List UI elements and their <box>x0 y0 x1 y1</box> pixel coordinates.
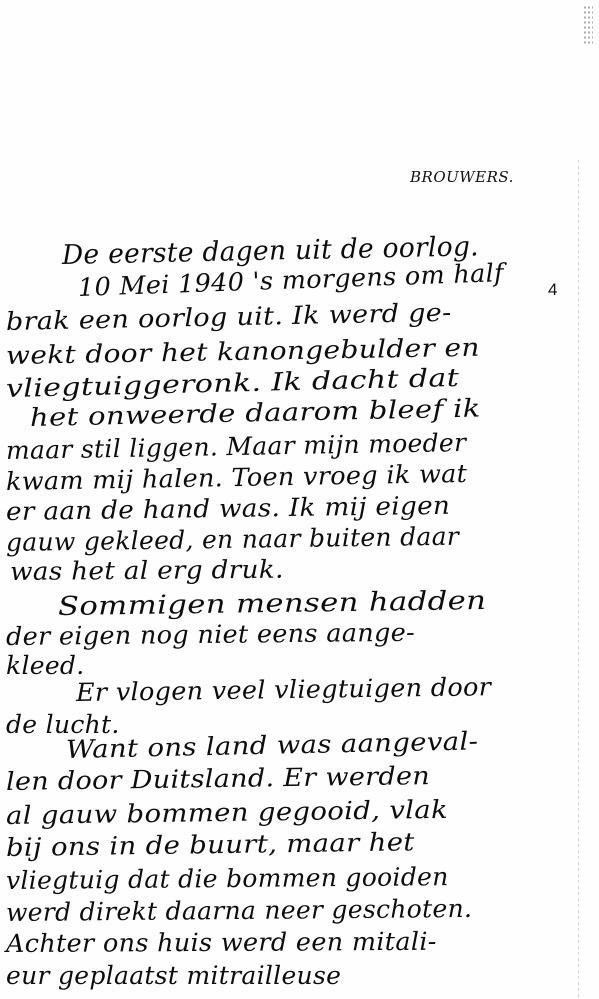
author-signature: BROUWERS. <box>410 168 514 186</box>
handwritten-line: bij ons in de buurt, maar het <box>6 827 415 862</box>
handwritten-line: Sommigen mensen hadden <box>58 586 487 622</box>
handwritten-line: kleed. <box>6 651 85 680</box>
scan-noise <box>583 5 593 45</box>
handwritten-line: vliegtuig dat die bommen gooiden <box>6 862 449 895</box>
handwritten-line: al gauw bommen gegooid, vlak <box>6 795 448 830</box>
handwritten-line: was het al erg druk. <box>10 555 284 586</box>
page-marker: 4 <box>548 280 557 300</box>
handwritten-line: brak een oorlog uit. Ik werd ge- <box>6 298 452 336</box>
handwritten-line: werd direkt daarna neer geschoten. <box>6 894 472 927</box>
scanned-page: BROUWERS. 4 De eerste dagen uit de oorlo… <box>0 0 599 999</box>
handwritten-line: der eigen nog niet eens aange- <box>6 618 415 651</box>
page-edge-line <box>578 160 579 999</box>
handwritten-line: er aan de hand was. Ik mij eigen <box>6 491 451 526</box>
handwritten-line: kwam mij halen. Toen vroeg ik wat <box>6 459 468 496</box>
handwritten-line: len door Duitsland. Er werden <box>6 761 430 796</box>
handwritten-line: eur geplaatst mitrailleuse <box>6 961 341 990</box>
handwritten-line: Achter ons huis werd een mitali- <box>6 927 437 958</box>
handwritten-line: gauw gekleed, en naar buiten daar <box>6 522 459 557</box>
handwritten-line: Er vlogen veel vliegtuigen door <box>76 672 492 707</box>
handwritten-line: Want ons land was aangeval- <box>66 726 479 764</box>
